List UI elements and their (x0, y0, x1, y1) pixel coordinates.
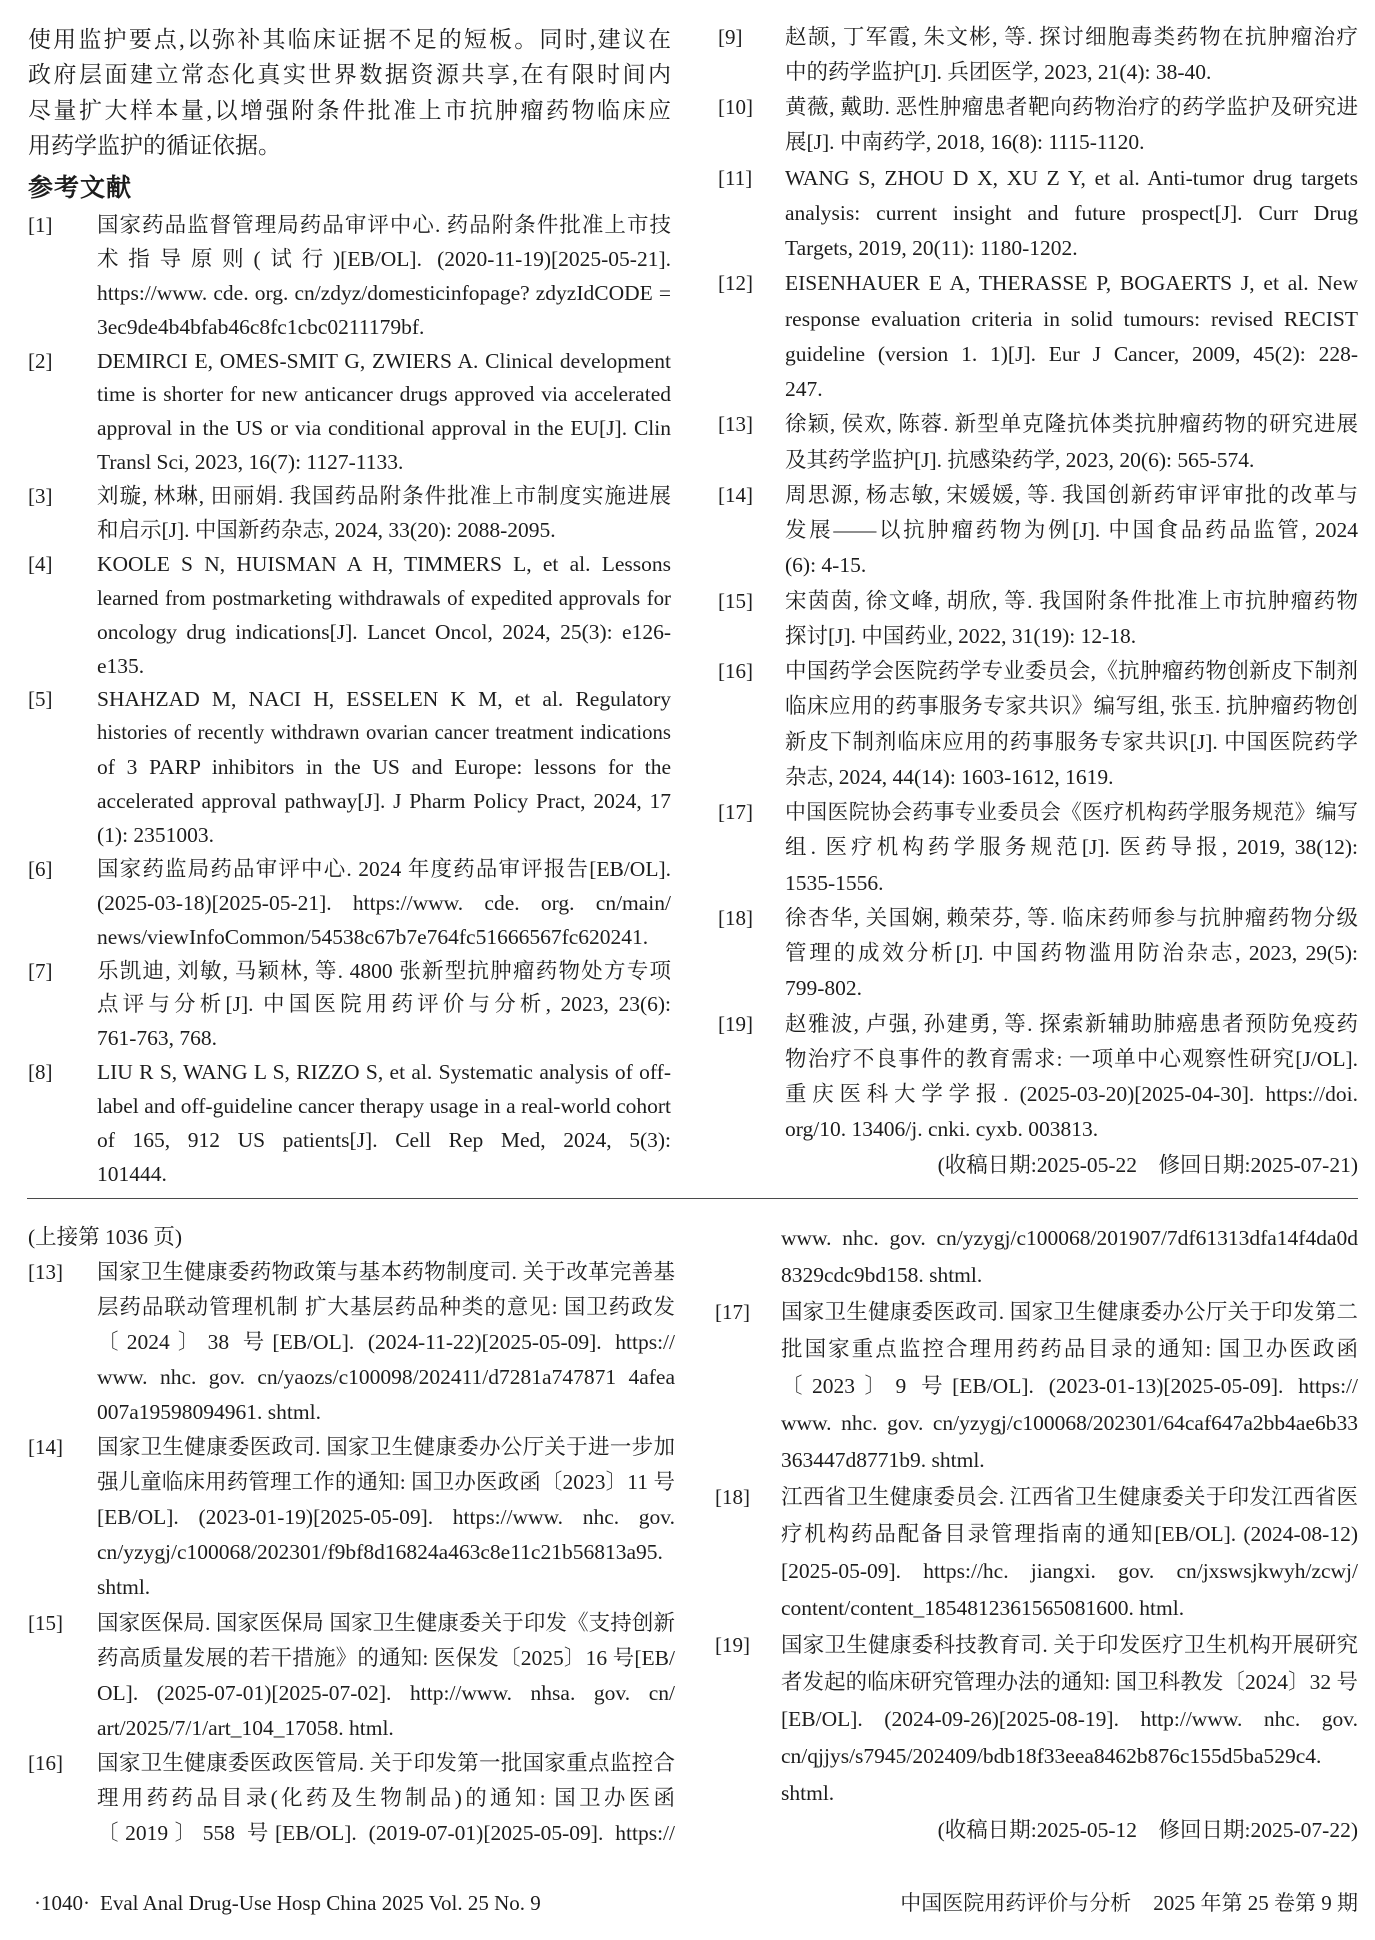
reference-item: [18] 江西省卫生健康委员会. 江西省卫生健康委关于印发江西省医 疗机构药品配… (715, 1479, 1358, 1627)
reference-number: [14] (28, 1430, 97, 1465)
reference-line: 物治疗不良事件的教育需求: 一项单中心观察性研究[J/OL]. (785, 1042, 1358, 1077)
reference-line: 〔2024〕38 号[EB/OL]. (2024-11-22)[2025-05-… (97, 1325, 675, 1360)
reference-text: DEMIRCI E, OMES-SMIT G, ZWIERS A. Clinic… (97, 345, 671, 481)
reference-item: [4] KOOLE S N, HUISMAN A H, TIMMERS L, e… (28, 548, 671, 684)
reference-line: approval in the US or via conditional ap… (97, 412, 671, 446)
reference-line: 国家卫生健康委医政司. 国家卫生健康委办公厅关于进一步加 (97, 1430, 675, 1465)
reference-list-top-left: [1] 国家药品监督管理局药品审评中心. 药品附条件批准上市技 术指导原则(试行… (28, 209, 671, 1192)
reference-line: 国家卫生健康委科技教育司. 关于印发医疗卫生机构开展研究 (781, 1627, 1358, 1664)
reference-text: 徐杏华, 关国娴, 赖荣芬, 等. 临床药师参与抗肿瘤药物分级 管理的成效分析[… (785, 901, 1358, 1007)
reference-text: 徐颖, 侯欢, 陈蓉. 新型单克隆抗体类抗肿瘤药物的研究进展 及其药学监护[J]… (785, 407, 1358, 478)
reference-line: response evaluation criteria in solid tu… (785, 302, 1358, 337)
reference-text: 宋茵茵, 徐文峰, 胡欣, 等. 我国附条件批准上市抗肿瘤药物 探讨[J]. 中… (785, 584, 1358, 655)
reference-line: Transl Sci, 2023, 16(7): 1127-1133. (97, 446, 671, 480)
reference-item: [14] 周思源, 杨志敏, 宋媛媛, 等. 我国创新药审评审批的改革与 发展—… (718, 478, 1358, 584)
reference-line: 〔2019〕558 号[EB/OL]. (2019-07-01)[2025-05… (97, 1816, 675, 1851)
reference-line: 探讨[J]. 中国药业, 2022, 31(19): 12-18. (785, 619, 1358, 654)
references-heading: 参考文献 (28, 170, 132, 206)
reference-line: org/10. 13406/j. cnki. cyxb. 003813. (785, 1112, 1358, 1147)
reference-line: 江西省卫生健康委员会. 江西省卫生健康委关于印发江西省医 (781, 1479, 1358, 1516)
reference-text: SHAHZAD M, NACI H, ESSELEN K M, et al. R… (97, 683, 671, 852)
reference-number: [18] (715, 1479, 781, 1516)
reference-item: [19] 赵雅波, 卢强, 孙建勇, 等. 探索新辅助肺癌患者预防免疫药 物治疗… (718, 1007, 1358, 1148)
reference-line: 重庆医科大学学报. (2025-03-20)[2025-04-30]. http… (785, 1077, 1358, 1112)
reference-text: 赵颉, 丁军霞, 朱文彬, 等. 探讨细胞毒类药物在抗肿瘤治疗 中的药学监护[J… (785, 20, 1358, 91)
reference-line: 黄薇, 戴助. 恶性肿瘤患者靶向药物治疗的药学监护及研究进 (785, 90, 1358, 125)
reference-text: 赵雅波, 卢强, 孙建勇, 等. 探索新辅助肺癌患者预防免疫药 物治疗不良事件的… (785, 1007, 1358, 1148)
reference-line: shtml. (97, 1570, 675, 1605)
reference-line: LIU R S, WANG L S, RIZZO S, et al. Syste… (97, 1056, 671, 1090)
paragraph-line: 用药学监护的循证依据。 (28, 128, 671, 163)
reference-line: EISENHAUER E A, THERASSE P, BOGAERTS J, … (785, 266, 1358, 301)
reference-line: analysis: current insight and future pro… (785, 196, 1358, 231)
reference-number: [15] (28, 1606, 97, 1641)
reference-number: [17] (718, 795, 785, 830)
reference-line: 杂志, 2024, 44(14): 1603-1612, 1619. (785, 760, 1358, 795)
reference-line: 赵雅波, 卢强, 孙建勇, 等. 探索新辅助肺癌患者预防免疫药 (785, 1007, 1358, 1042)
reference-number: [5] (28, 683, 97, 717)
continued-from-note: (上接第 1036 页) (28, 1220, 675, 1255)
reference-item: [11] WANG S, ZHOU D X, XU Z Y, et al. An… (718, 161, 1358, 267)
reference-line: (6): 4-15. (785, 548, 1358, 583)
reference-text: 中国医院协会药事专业委员会《医疗机构药学服务规范》编写 组. 医疗机构药学服务规… (785, 795, 1358, 901)
journal-info-en: Eval Anal Drug-Use Hosp China 2025 Vol. … (100, 1891, 541, 1915)
reference-line: (1): 2351003. (97, 819, 671, 853)
reference-line: 761-763, 768. (97, 1022, 671, 1056)
reference-text: 刘璇, 林琳, 田丽娟. 我国药品附条件批准上市制度实施进展 和启示[J]. 中… (97, 480, 671, 548)
reference-item: [14] 国家卫生健康委医政司. 国家卫生健康委办公厅关于进一步加 强儿童临床用… (28, 1430, 675, 1605)
reference-line: content/content_1854812361565081600. htm… (781, 1590, 1358, 1627)
reference-line: DEMIRCI E, OMES-SMIT G, ZWIERS A. Clinic… (97, 345, 671, 379)
reference-text: 江西省卫生健康委员会. 江西省卫生健康委关于印发江西省医 疗机构药品配备目录管理… (781, 1479, 1358, 1627)
reference-line: WANG S, ZHOU D X, XU Z Y, et al. Anti-tu… (785, 161, 1358, 196)
reference-number: [11] (718, 161, 785, 196)
reference-continuation: www. nhc. gov. cn/yzygj/c100068/201907/7… (715, 1220, 1358, 1294)
reference-line: 术指导原则(试行)[EB/OL]. (2020-11-19)[2025-05-2… (97, 243, 671, 277)
reference-text: 国家卫生健康委医政医管局. 关于印发第一批国家重点监控合 理用药药品目录(化药及… (97, 1746, 675, 1851)
reference-line: www. nhc. gov. cn/yzygj/c100068/201907/7… (781, 1220, 1358, 1257)
reference-line: 1535-1556. (785, 866, 1358, 901)
reference-line: www. nhc. gov. cn/yaozs/c100098/202411/d… (97, 1360, 675, 1395)
reference-line: 理用药药品目录(化药及生物制品)的通知: 国卫办医函 (97, 1781, 675, 1816)
reference-line: 批国家重点监控合理用药药品目录的通知: 国卫办医政函 (781, 1331, 1358, 1368)
reference-number: [3] (28, 480, 97, 514)
reference-number: [14] (718, 478, 785, 513)
reference-number: [4] (28, 548, 97, 582)
reference-item: [12] EISENHAUER E A, THERASSE P, BOGAERT… (718, 266, 1358, 407)
reference-item: [10] 黄薇, 戴助. 恶性肿瘤患者靶向药物治疗的药学监护及研究进 展[J].… (718, 90, 1358, 161)
footer-left: ·1040·Eval Anal Drug-Use Hosp China 2025… (34, 1886, 541, 1920)
reference-line: [EB/OL]. (2023-01-19)[2025-05-09]. https… (97, 1500, 675, 1535)
reference-item: [1] 国家药品监督管理局药品审评中心. 药品附条件批准上市技 术指导原则(试行… (28, 209, 671, 345)
received-revised-dates: (收稿日期:2025-05-22 修回日期:2025-07-21) (718, 1148, 1358, 1183)
reference-line: 〔2023〕9 号[EB/OL]. (2023-01-13)[2025-05-0… (781, 1368, 1358, 1405)
reference-line: 周思源, 杨志敏, 宋媛媛, 等. 我国创新药审评审批的改革与 (785, 478, 1358, 513)
reference-item: [7] 乐凯迪, 刘敏, 马颖林, 等. 4800 张新型抗肿瘤药物处方专项 点… (28, 955, 671, 1057)
reference-text: 国家卫生健康委医政司. 国家卫生健康委办公厅关于进一步加 强儿童临床用药管理工作… (97, 1430, 675, 1605)
reference-line: shtml. (781, 1775, 1358, 1812)
reference-line: art/2025/7/1/art_104_17058. html. (97, 1711, 675, 1746)
reference-number: [19] (715, 1627, 781, 1664)
reference-line: cn/qjjys/s7945/202409/bdb18f33eea8462b87… (781, 1738, 1358, 1775)
reference-line: 者发起的临床研究管理办法的通知: 国卫科教发〔2024〕32 号 (781, 1664, 1358, 1701)
reference-line: Targets, 2019, 20(11): 1180-1202. (785, 231, 1358, 266)
reference-line: SHAHZAD M, NACI H, ESSELEN K M, et al. R… (97, 683, 671, 717)
reference-number: [17] (715, 1294, 781, 1331)
reference-number: [16] (718, 654, 785, 689)
reference-text: EISENHAUER E A, THERASSE P, BOGAERTS J, … (785, 266, 1358, 407)
reference-line: 799-802. (785, 971, 1358, 1006)
reference-item: [5] SHAHZAD M, NACI H, ESSELEN K M, et a… (28, 683, 671, 852)
reference-line: 疗机构药品配备目录管理指南的通知[EB/OL]. (2024-08-12) (781, 1516, 1358, 1553)
received-revised-dates: (收稿日期:2025-05-12 修回日期:2025-07-22) (715, 1812, 1358, 1849)
reference-line: time is shorter for new anticancer drugs… (97, 378, 671, 412)
reference-line: 乐凯迪, 刘敏, 马颖林, 等. 4800 张新型抗肿瘤药物处方专项 (97, 955, 671, 989)
reference-line: 8329cdc9bd158. shtml. (781, 1257, 1358, 1294)
reference-number: [13] (718, 407, 785, 442)
reference-number: [12] (718, 266, 785, 301)
reference-line: 国家卫生健康委医政医管局. 关于印发第一批国家重点监控合 (97, 1746, 675, 1781)
reference-number: [1] (28, 209, 97, 243)
reference-line: oncology drug indications[J]. Lancet Onc… (97, 616, 671, 650)
reference-text: 国家药品监督管理局药品审评中心. 药品附条件批准上市技 术指导原则(试行)[EB… (97, 209, 671, 345)
reference-number: [8] (28, 1056, 97, 1090)
reference-item: [18] 徐杏华, 关国娴, 赖荣芬, 等. 临床药师参与抗肿瘤药物分级 管理的… (718, 901, 1358, 1007)
reference-line: 管理的成效分析[J]. 中国药物滥用防治杂志, 2023, 29(5): (785, 936, 1358, 971)
reference-line: 国家卫生健康委医政司. 国家卫生健康委办公厅关于印发第二 (781, 1294, 1358, 1331)
reference-item: [9] 赵颉, 丁军霞, 朱文彬, 等. 探讨细胞毒类药物在抗肿瘤治疗 中的药学… (718, 20, 1358, 91)
reference-line: OL]. (2025-07-01)[2025-07-02]. http://ww… (97, 1676, 675, 1711)
reference-line: 国家药监局药品审评中心. 2024 年度药品审评报告[EB/OL]. (97, 853, 671, 887)
reference-number: [10] (718, 90, 785, 125)
reference-line: e135. (97, 650, 671, 684)
reference-item: [19] 国家卫生健康委科技教育司. 关于印发医疗卫生机构开展研究 者发起的临床… (715, 1627, 1358, 1812)
reference-text: 国家卫生健康委科技教育司. 关于印发医疗卫生机构开展研究 者发起的临床研究管理办… (781, 1627, 1358, 1812)
reference-line: 药高质量发展的若干措施》的通知: 医保发〔2025〕16 号[EB/ (97, 1641, 675, 1676)
reference-list-bottom-right: www. nhc. gov. cn/yzygj/c100068/201907/7… (715, 1220, 1358, 1849)
reference-item: [8] LIU R S, WANG L S, RIZZO S, et al. S… (28, 1056, 671, 1192)
reference-line: 国家卫生健康委药物政策与基本药物制度司. 关于改革完善基 (97, 1255, 675, 1290)
reference-text: 黄薇, 戴助. 恶性肿瘤患者靶向药物治疗的药学监护及研究进 展[J]. 中南药学… (785, 90, 1358, 161)
paragraph-line: 政府层面建立常态化真实世界数据资源共享,在有限时间内 (28, 57, 671, 92)
reference-text: 国家卫生健康委医政司. 国家卫生健康委办公厅关于印发第二 批国家重点监控合理用药… (781, 1294, 1358, 1479)
footer-right: 中国医院用药评价与分析2025 年第 25 卷第 9 期 (900, 1886, 1358, 1920)
reference-text: LIU R S, WANG L S, RIZZO S, et al. Syste… (97, 1056, 671, 1192)
reference-line: 宋茵茵, 徐文峰, 胡欣, 等. 我国附条件批准上市抗肿瘤药物 (785, 584, 1358, 619)
reference-item: [16] 中国药学会医院药学专业委员会,《抗肿瘤药物创新皮下制剂 临床应用的药事… (718, 654, 1358, 795)
reference-line: 展[J]. 中南药学, 2018, 16(8): 1115-1120. (785, 125, 1358, 160)
reference-item: [2] DEMIRCI E, OMES-SMIT G, ZWIERS A. Cl… (28, 345, 671, 481)
reference-line: (2025-03-18)[2025-05-21]. https://www. c… (97, 887, 671, 921)
reference-line: [EB/OL]. (2024-09-26)[2025-08-19]. http:… (781, 1701, 1358, 1738)
reference-line: 发展——以抗肿瘤药物为例[J]. 中国食品药品监管, 2024 (785, 513, 1358, 548)
section-divider (27, 1198, 1358, 1199)
reference-line: 及其药学监护[J]. 抗感染药学, 2023, 20(6): 565-574. (785, 443, 1358, 478)
reference-list-bottom-left: (上接第 1036 页) [13] 国家卫生健康委药物政策与基本药物制度司. 关… (28, 1220, 675, 1852)
reference-line: www. nhc. gov. cn/yzygj/c100068/202301/6… (781, 1405, 1358, 1442)
reference-line: 赵颉, 丁军霞, 朱文彬, 等. 探讨细胞毒类药物在抗肿瘤治疗 (785, 20, 1358, 55)
reference-list-top-right: [9] 赵颉, 丁军霞, 朱文彬, 等. 探讨细胞毒类药物在抗肿瘤治疗 中的药学… (718, 20, 1358, 1183)
reference-number: [6] (28, 853, 97, 887)
reference-line: [2025-05-09]. https://hc. jiangxi. gov. … (781, 1553, 1358, 1590)
reference-number: [13] (28, 1255, 97, 1290)
reference-line: news/viewInfoCommon/54538c67b7e764fc5166… (97, 921, 671, 955)
reference-line: 徐颖, 侯欢, 陈蓉. 新型单克隆抗体类抗肿瘤药物的研究进展 (785, 407, 1358, 442)
reference-line: 国家医保局. 国家医保局 国家卫生健康委关于印发《支持创新 (97, 1606, 675, 1641)
reference-text: www. nhc. gov. cn/yzygj/c100068/201907/7… (781, 1220, 1358, 1294)
reference-text: 国家医保局. 国家医保局 国家卫生健康委关于印发《支持创新 药高质量发展的若干措… (97, 1606, 675, 1746)
reference-line: 新皮下制剂临床应用的药事服务专家共识[J]. 中国医院药学 (785, 725, 1358, 760)
reference-line: 和启示[J]. 中国新药杂志, 2024, 33(20): 2088-2095. (97, 514, 671, 548)
reference-line: 101444. (97, 1158, 671, 1192)
reference-number: [18] (718, 901, 785, 936)
reference-line: learned from postmarketing withdrawals o… (97, 582, 671, 616)
reference-number: [7] (28, 955, 97, 989)
reference-line: 247. (785, 372, 1358, 407)
body-paragraph: 使用监护要点,以弥补其临床证据不足的短板。同时,建议在 政府层面建立常态化真实世… (28, 22, 671, 163)
reference-item: [15] 宋茵茵, 徐文峰, 胡欣, 等. 我国附条件批准上市抗肿瘤药物 探讨[… (718, 584, 1358, 655)
page-number: ·1040· (34, 1891, 90, 1915)
reference-item: [6] 国家药监局药品审评中心. 2024 年度药品审评报告[EB/OL]. (… (28, 853, 671, 955)
reference-item: [15] 国家医保局. 国家医保局 国家卫生健康委关于印发《支持创新 药高质量发… (28, 1606, 675, 1746)
reference-line: 3ec9de4b4bfab46c8fc1cbc0211179bf. (97, 311, 671, 345)
reference-line: 363447d8771b9. shtml. (781, 1442, 1358, 1479)
reference-number: [9] (718, 20, 785, 55)
reference-number: [19] (718, 1007, 785, 1042)
reference-line: 中的药学监护[J]. 兵团医学, 2023, 21(4): 38-40. (785, 55, 1358, 90)
reference-line: accelerated approval pathway[J]. J Pharm… (97, 785, 671, 819)
reference-number: [2] (28, 345, 97, 379)
journal-name-cn: 中国医院用药评价与分析 (900, 1891, 1131, 1915)
reference-line: 组. 医疗机构药学服务规范[J]. 医药导报, 2019, 38(12): (785, 830, 1358, 865)
reference-line: 国家药品监督管理局药品审评中心. 药品附条件批准上市技 (97, 209, 671, 243)
reference-line: 徐杏华, 关国娴, 赖荣芬, 等. 临床药师参与抗肿瘤药物分级 (785, 901, 1358, 936)
reference-item: [13] 徐颖, 侯欢, 陈蓉. 新型单克隆抗体类抗肿瘤药物的研究进展 及其药学… (718, 407, 1358, 478)
reference-line: 点评与分析[J]. 中国医院用药评价与分析, 2023, 23(6): (97, 988, 671, 1022)
reference-text: 周思源, 杨志敏, 宋媛媛, 等. 我国创新药审评审批的改革与 发展——以抗肿瘤… (785, 478, 1358, 584)
reference-line: histories of recently withdrawn ovarian … (97, 717, 671, 751)
paragraph-line: 尽量扩大样本量,以增强附条件批准上市抗肿瘤药物临床应 (28, 93, 671, 128)
reference-item: [3] 刘璇, 林琳, 田丽娟. 我国药品附条件批准上市制度实施进展 和启示[J… (28, 480, 671, 548)
reference-text: 中国药学会医院药学专业委员会,《抗肿瘤药物创新皮下制剂 临床应用的药事服务专家共… (785, 654, 1358, 795)
reference-line: 临床应用的药事服务专家共识》编写组, 张玉. 抗肿瘤药物创 (785, 689, 1358, 724)
reference-text: 国家卫生健康委药物政策与基本药物制度司. 关于改革完善基 层药品联动管理机制 扩… (97, 1255, 675, 1430)
reference-text: 国家药监局药品审评中心. 2024 年度药品审评报告[EB/OL]. (2025… (97, 853, 671, 955)
reference-line: https://www. cde. org. cn/zdyz/domestici… (97, 277, 671, 311)
reference-text: 乐凯迪, 刘敏, 马颖林, 等. 4800 张新型抗肿瘤药物处方专项 点评与分析… (97, 955, 671, 1057)
paragraph-line: 使用监护要点,以弥补其临床证据不足的短板。同时,建议在 (28, 22, 671, 57)
reference-line: 刘璇, 林琳, 田丽娟. 我国药品附条件批准上市制度实施进展 (97, 480, 671, 514)
reference-line: cn/yzygj/c100068/202301/f9bf8d16824a463c… (97, 1535, 675, 1570)
reference-item: [13] 国家卫生健康委药物政策与基本药物制度司. 关于改革完善基 层药品联动管… (28, 1255, 675, 1430)
reference-line: 中国药学会医院药学专业委员会,《抗肿瘤药物创新皮下制剂 (785, 654, 1358, 689)
reference-line: guideline (version 1. 1)[J]. Eur J Cance… (785, 337, 1358, 372)
reference-line: 层药品联动管理机制 扩大基层药品种类的意见: 国卫药政发 (97, 1290, 675, 1325)
reference-line: of 3 PARP inhibitors in the US and Europ… (97, 751, 671, 785)
reference-text: KOOLE S N, HUISMAN A H, TIMMERS L, et al… (97, 548, 671, 684)
reference-item: [17] 国家卫生健康委医政司. 国家卫生健康委办公厅关于印发第二 批国家重点监… (715, 1294, 1358, 1479)
reference-line: label and off-guideline cancer therapy u… (97, 1090, 671, 1124)
reference-line: 中国医院协会药事专业委员会《医疗机构药学服务规范》编写 (785, 795, 1358, 830)
reference-number: [15] (718, 584, 785, 619)
reference-text: WANG S, ZHOU D X, XU Z Y, et al. Anti-tu… (785, 161, 1358, 267)
reference-line: 强儿童临床用药管理工作的通知: 国卫办医政函〔2023〕11 号 (97, 1465, 675, 1500)
reference-number: [16] (28, 1746, 97, 1781)
reference-line: 007a19598094961. shtml. (97, 1395, 675, 1430)
journal-issue-cn: 2025 年第 25 卷第 9 期 (1153, 1891, 1358, 1915)
reference-line: KOOLE S N, HUISMAN A H, TIMMERS L, et al… (97, 548, 671, 582)
reference-line: of 165, 912 US patients[J]. Cell Rep Med… (97, 1124, 671, 1158)
reference-item: [16] 国家卫生健康委医政医管局. 关于印发第一批国家重点监控合 理用药药品目… (28, 1746, 675, 1851)
reference-item: [17] 中国医院协会药事专业委员会《医疗机构药学服务规范》编写 组. 医疗机构… (718, 795, 1358, 901)
